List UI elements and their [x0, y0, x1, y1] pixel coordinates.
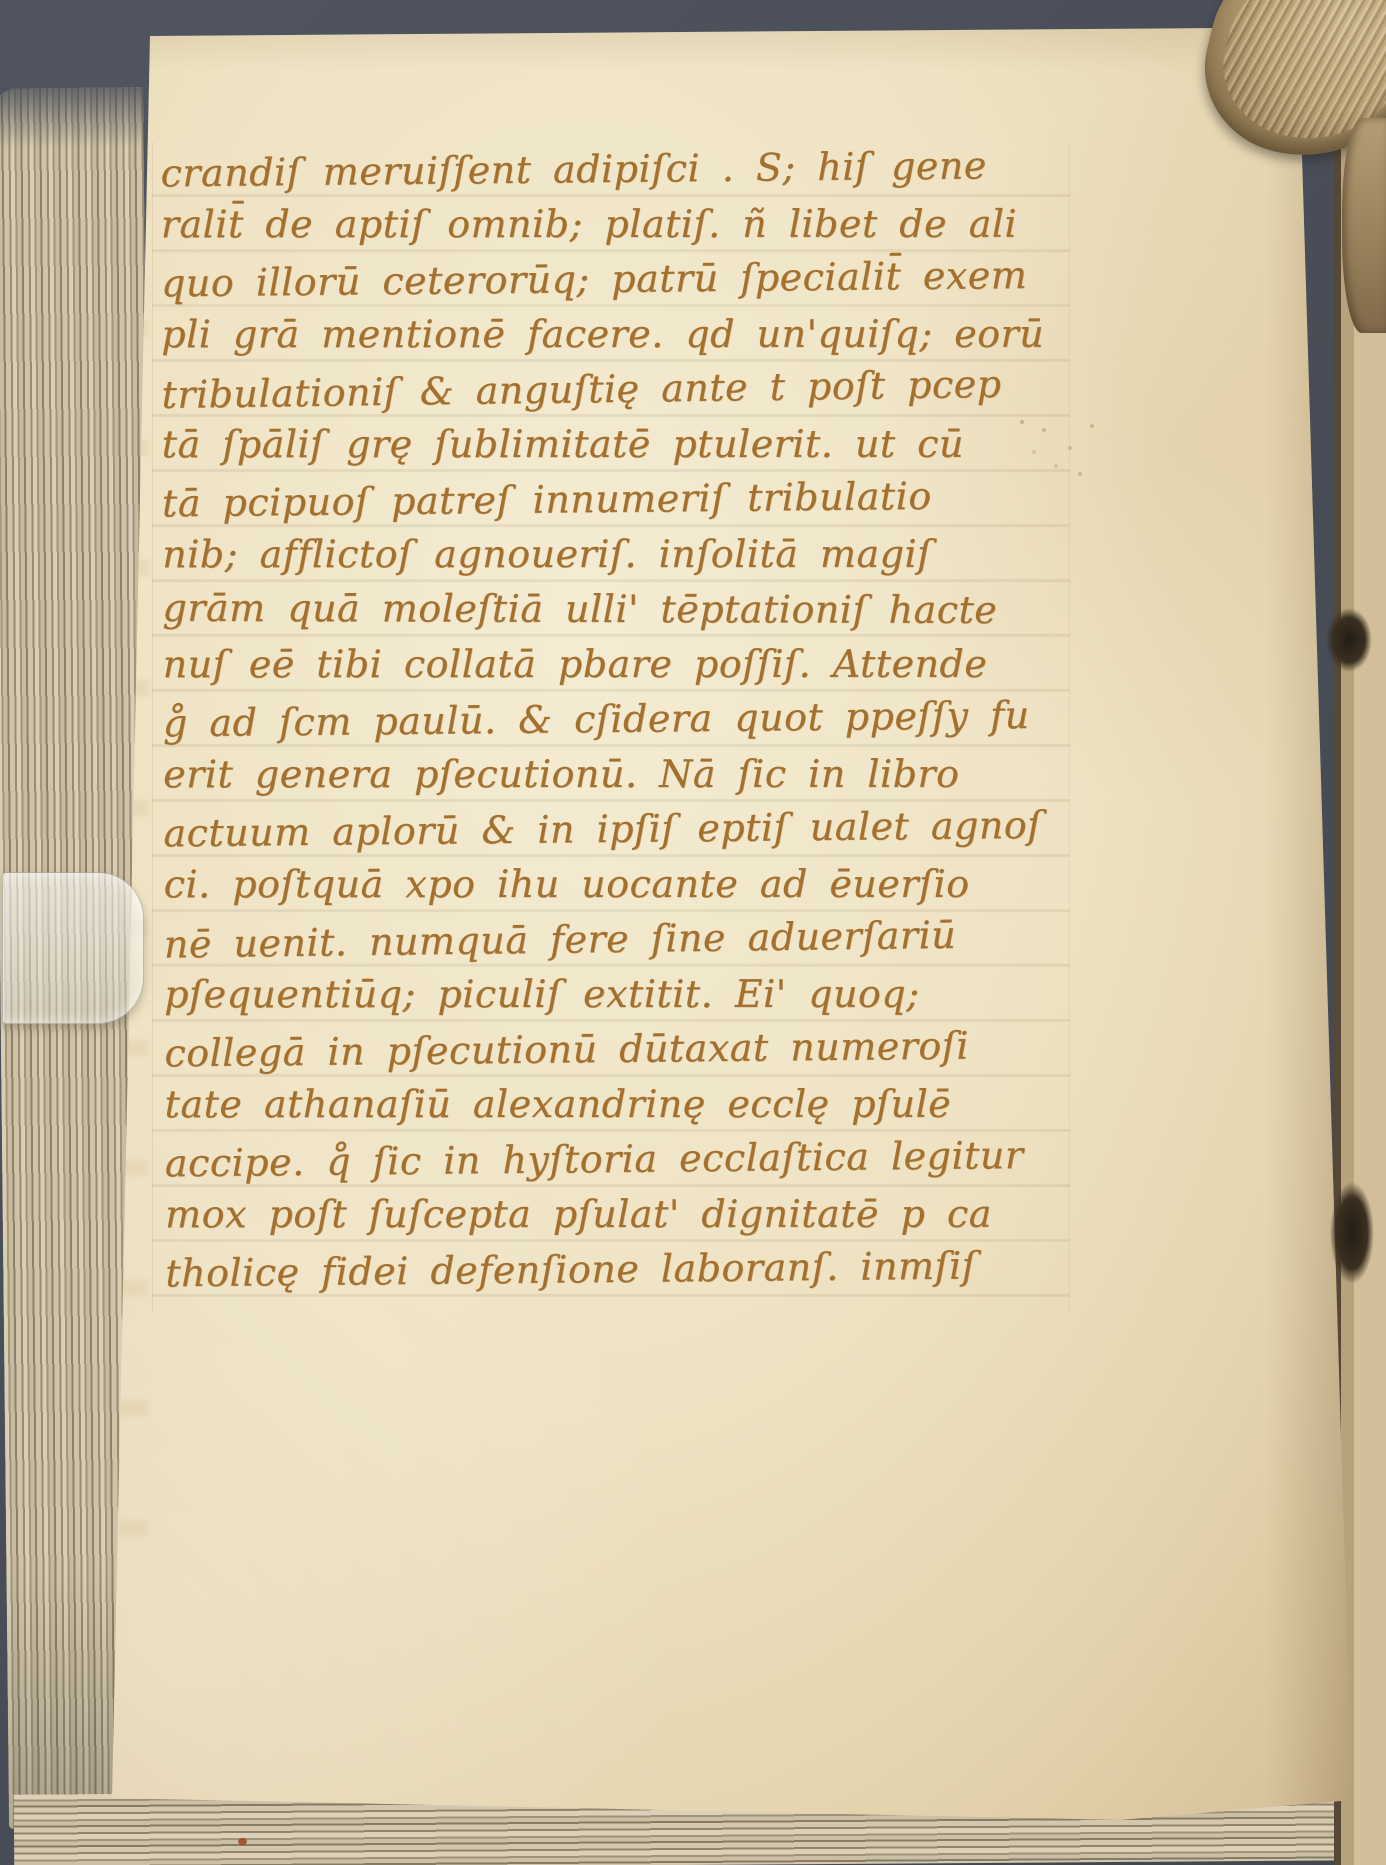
text-line-5: tribulationiſ & anguſtię ante t poſt pce… [161, 356, 1067, 423]
text-line-17: collegā in pſecutionū dūtaxat numeroſi [164, 1018, 1069, 1082]
gutter-tear-upper [1326, 608, 1372, 672]
red-speck [238, 1838, 247, 1845]
text-line-7: tā pcipuoſ patreſ innumeriſ tribulatio [162, 468, 1067, 532]
text-line-9: grām quā moleſtiā ulli' tēptationiſ hact… [162, 581, 1067, 638]
text-line-2: ralit̄ de aptiſ omnib; platiſ. ñ libet d… [161, 197, 1066, 252]
text-line-18: tate athanaſiū alexandrinę ecclę pſulē [165, 1077, 1070, 1132]
fur-object-edge [1342, 118, 1386, 333]
text-line-1: crandiſ meruiſſent adipiſci . S; hiſ gen… [160, 138, 1065, 202]
text-block: crandiſ meruiſſent adipiſci . S; hiſ gen… [160, 140, 1070, 1299]
manuscript-page: crandiſ meruiſſent adipiſci . S; hiſ gen… [0, 0, 1386, 1865]
text-line-11: g̊ ad ſcm paulū. & cſidera quot ppeſſy f… [163, 688, 1068, 752]
text-line-13: actuum aplorū & in ipſiſ eptiſ ualet agn… [163, 798, 1068, 862]
text-line-21: tholicę fidei defenſione laboranſ. inmſi… [165, 1238, 1070, 1302]
text-line-8: nib; afflictoſ agnoueriſ. inſolitā magiſ [162, 527, 1067, 582]
text-line-10: nuſ eē tibi collatā pbare poſſiſ. Attend… [163, 637, 1068, 692]
manuscript-photo: crandiſ meruiſſent adipiſci . S; hiſ gen… [0, 0, 1386, 1865]
gutter-tear-lower [1330, 1182, 1374, 1284]
text-line-6: tā ſpāliſ grę ſublimitatē ptulerit. ut c… [162, 417, 1067, 472]
text-line-4: pli grā mentionē facere. qd un'quiſq; eo… [161, 307, 1066, 362]
text-line-20: mox poſt ſuſcepta pſulat' dignitatē p ca [165, 1187, 1070, 1242]
text-line-19: accipe. q̊ ſic in hyſtoria ecclaſtica le… [165, 1128, 1070, 1192]
bookmark-tab [2, 872, 144, 1024]
text-line-14: ci. poſtquā xpo ihu uocante ad ēuerſio [164, 857, 1069, 912]
text-line-16: pſequentiūq; piculiſ extitit. Ei' quoq; [164, 967, 1069, 1022]
text-line-12: erit genera pſecutionū. Nā ſic in libro [163, 747, 1068, 802]
text-line-3: quo illorū ceterorūq; patrū ſpecialit̄ e… [161, 248, 1066, 312]
text-line-15: nē uenit. numquā fere ſine aduerſariū [164, 906, 1070, 972]
